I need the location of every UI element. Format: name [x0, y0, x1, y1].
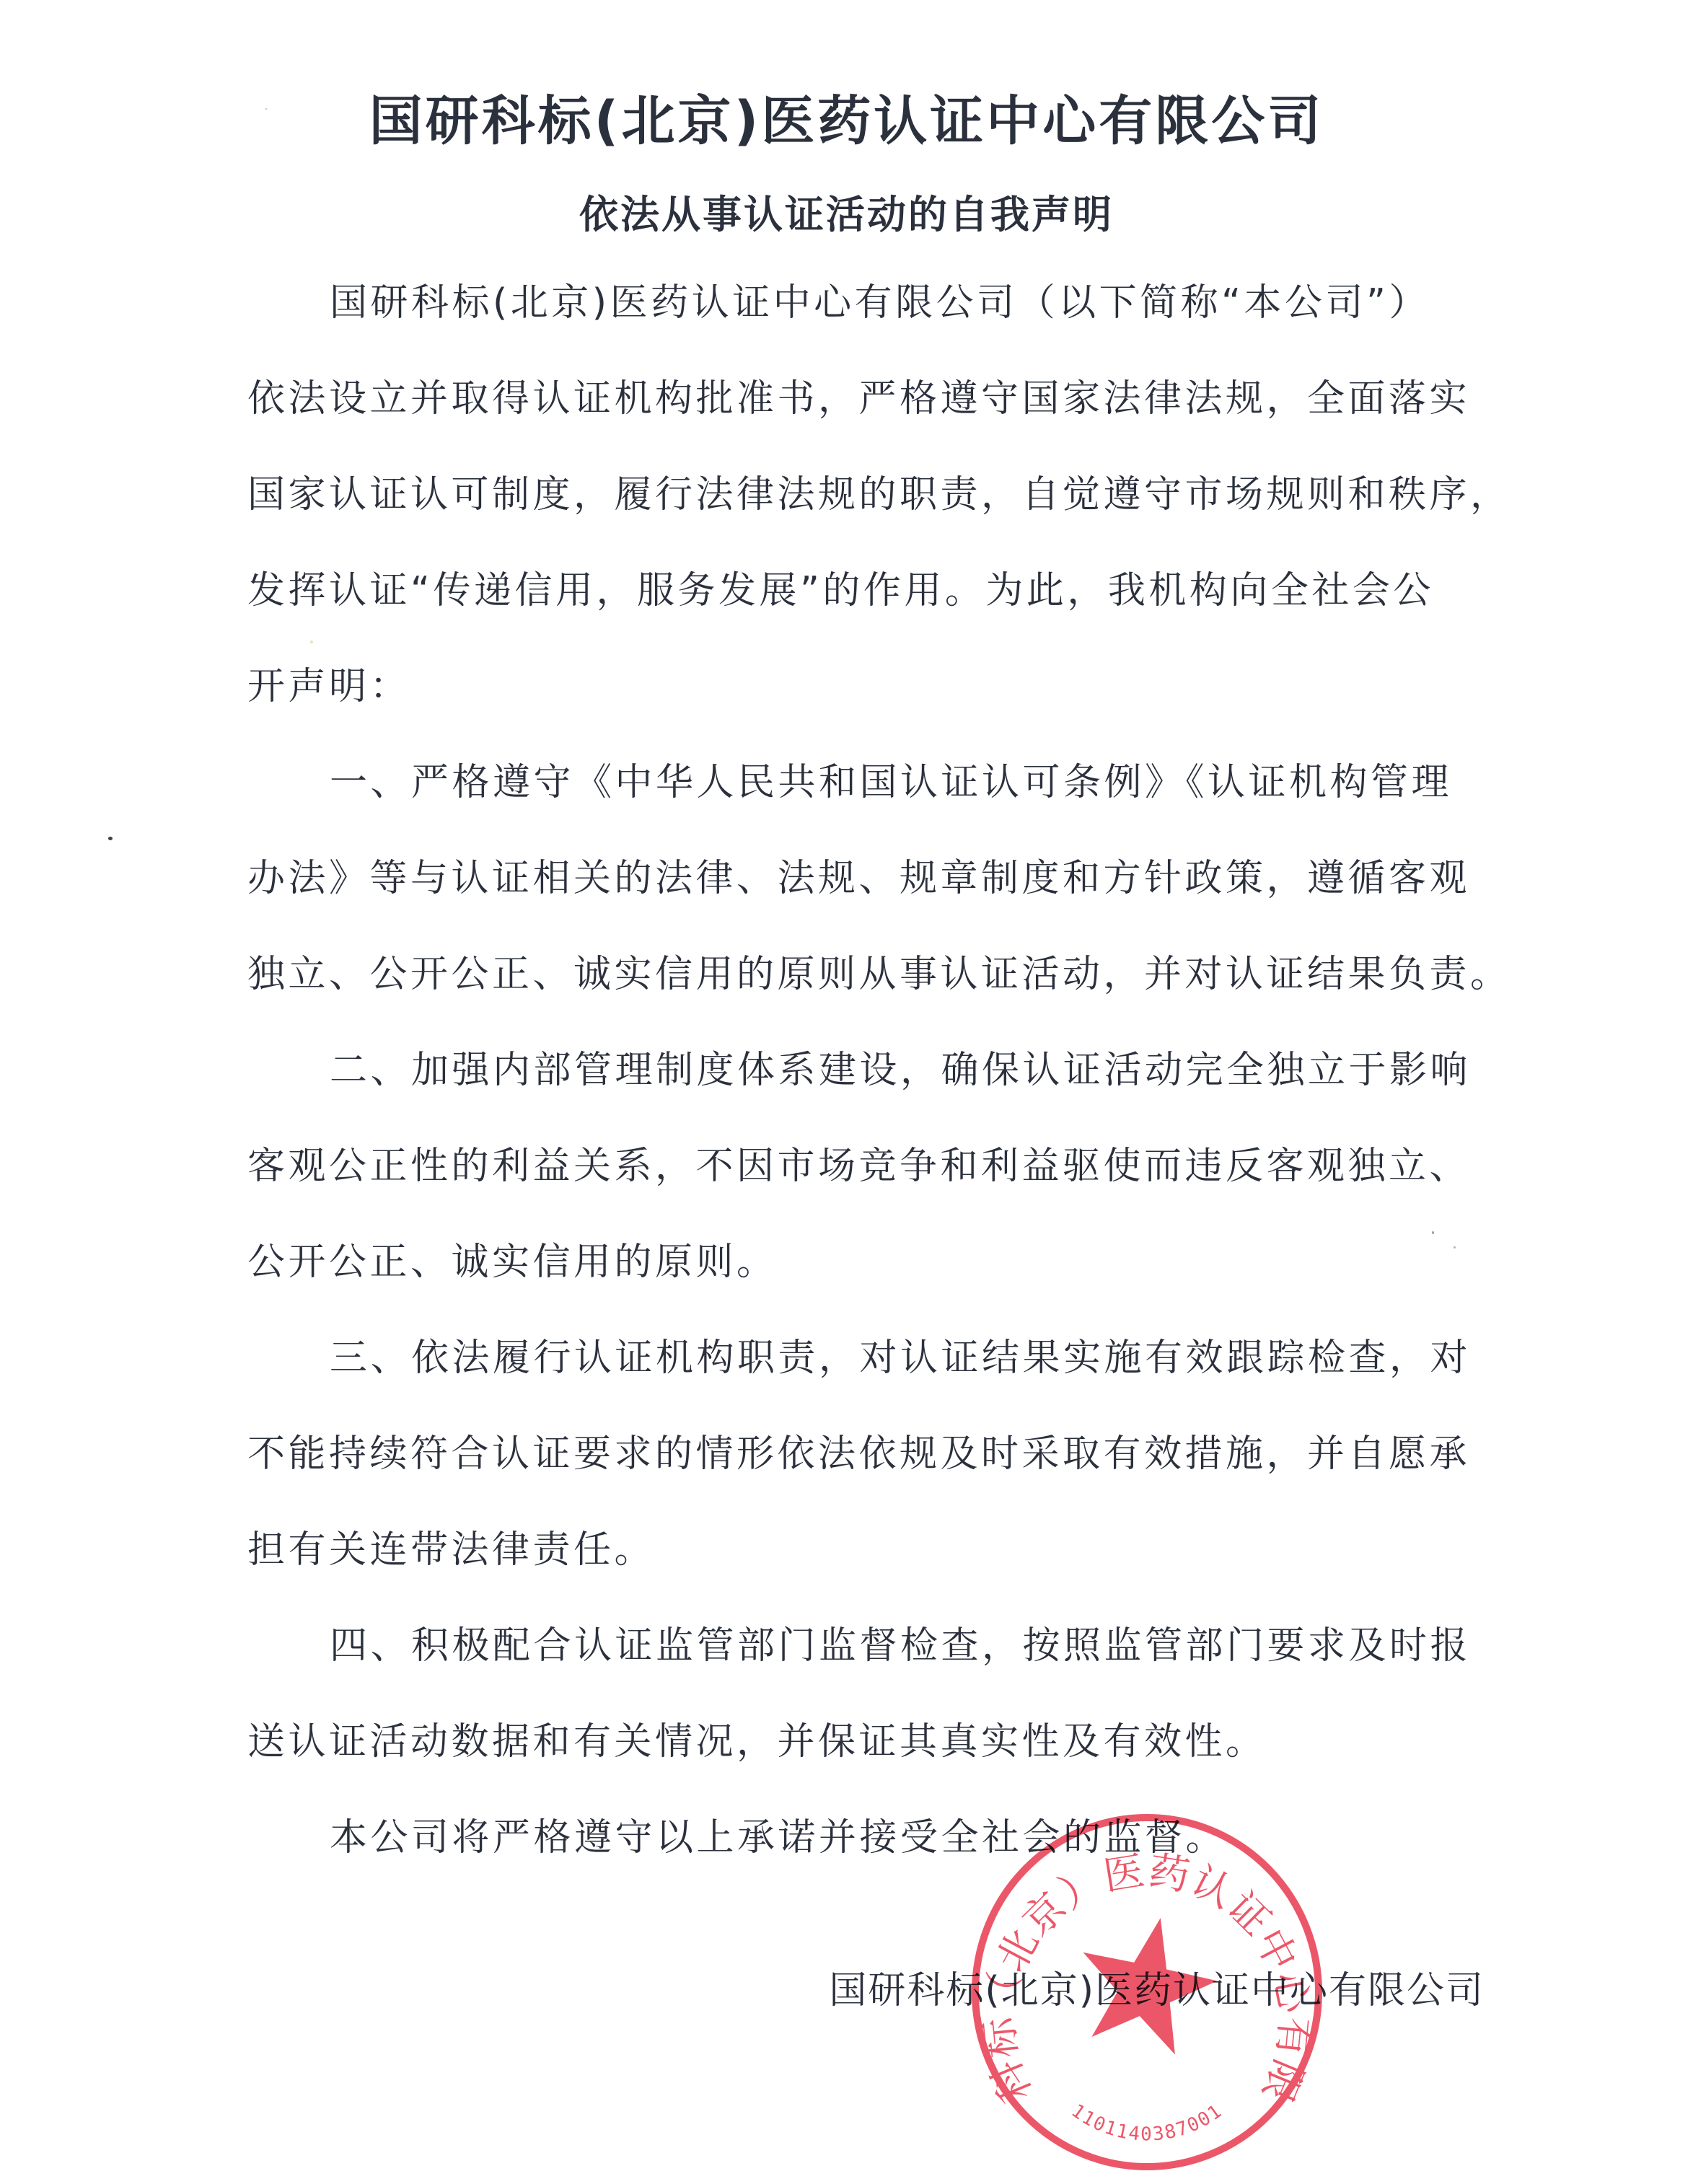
- clause-4-line: 四、积极配合认证监管部门监督检查，按照监管部门要求及时报: [330, 1621, 1471, 1671]
- clause-2-line: 公开公正、诚实信用的原则。: [247, 1237, 778, 1287]
- clause-2-line: 二、加强内部管理制度体系建设，确保认证活动完全独立于影响: [330, 1045, 1471, 1096]
- scan-speck: [1454, 1246, 1456, 1249]
- clause-2-line: 客观公正性的利益关系，不因市场竞争和利益驱使而违反客观独立、: [247, 1141, 1470, 1192]
- document-subtitle: 依法从事认证活动的自我声明: [0, 186, 1693, 244]
- clause-3-line: 三、依法履行认证机构职责，对认证结果实施有效跟踪检查，对: [330, 1333, 1471, 1383]
- scan-speck: [108, 837, 113, 840]
- body-line: 依法设立并取得认证机构批准书，严格遵守国家法律法规，全面落实: [247, 374, 1470, 424]
- scan-speck: [1432, 1231, 1434, 1234]
- document-title: 国研科标(北京)医药认证中心有限公司: [0, 85, 1693, 157]
- clause-1-line: 办法》等与认证相关的法律、法规、规章制度和方针政策，遵循客观: [247, 853, 1470, 904]
- seal-serial-number: 1101140387001: [1067, 2100, 1226, 2146]
- star-icon: [1066, 1903, 1227, 2060]
- body-line: 发挥认证“传递信用，服务发展”的作用。为此，我机构向全社会公: [247, 565, 1434, 616]
- scan-speck: [310, 640, 313, 643]
- clause-4-line: 送认证活动数据和有关情况，并保证其真实性及有效性。: [247, 1717, 1267, 1767]
- company-seal: 国研科标（北京）医药认证中心有限公司 1101140387001: [967, 1812, 1327, 2172]
- clause-3-line: 不能持续符合认证要求的情形依法依规及时采取有效措施，并自愿承: [247, 1429, 1470, 1479]
- body-line: 开声明：: [247, 661, 410, 712]
- clause-1-line: 独立、公开公正、诚实信用的原则从事认证活动，并对认证结果负责。: [247, 949, 1511, 1000]
- clause-1-line: 一、严格遵守《中华人民共和国认证认可条例》《认证机构管理: [330, 757, 1452, 808]
- body-line: 国家认证认可制度，履行法律法规的职责，自觉遵守市场规则和秩序，: [247, 470, 1511, 520]
- document-page: 国研科标(北京)医药认证中心有限公司 依法从事认证活动的自我声明 国研科标(北京…: [0, 0, 1693, 2184]
- scan-speck: [265, 108, 267, 110]
- body-line: 国研科标(北京)医药认证中心有限公司（以下简称“本公司”）: [330, 278, 1430, 328]
- clause-3-line: 担有关连带法律责任。: [247, 1525, 655, 1575]
